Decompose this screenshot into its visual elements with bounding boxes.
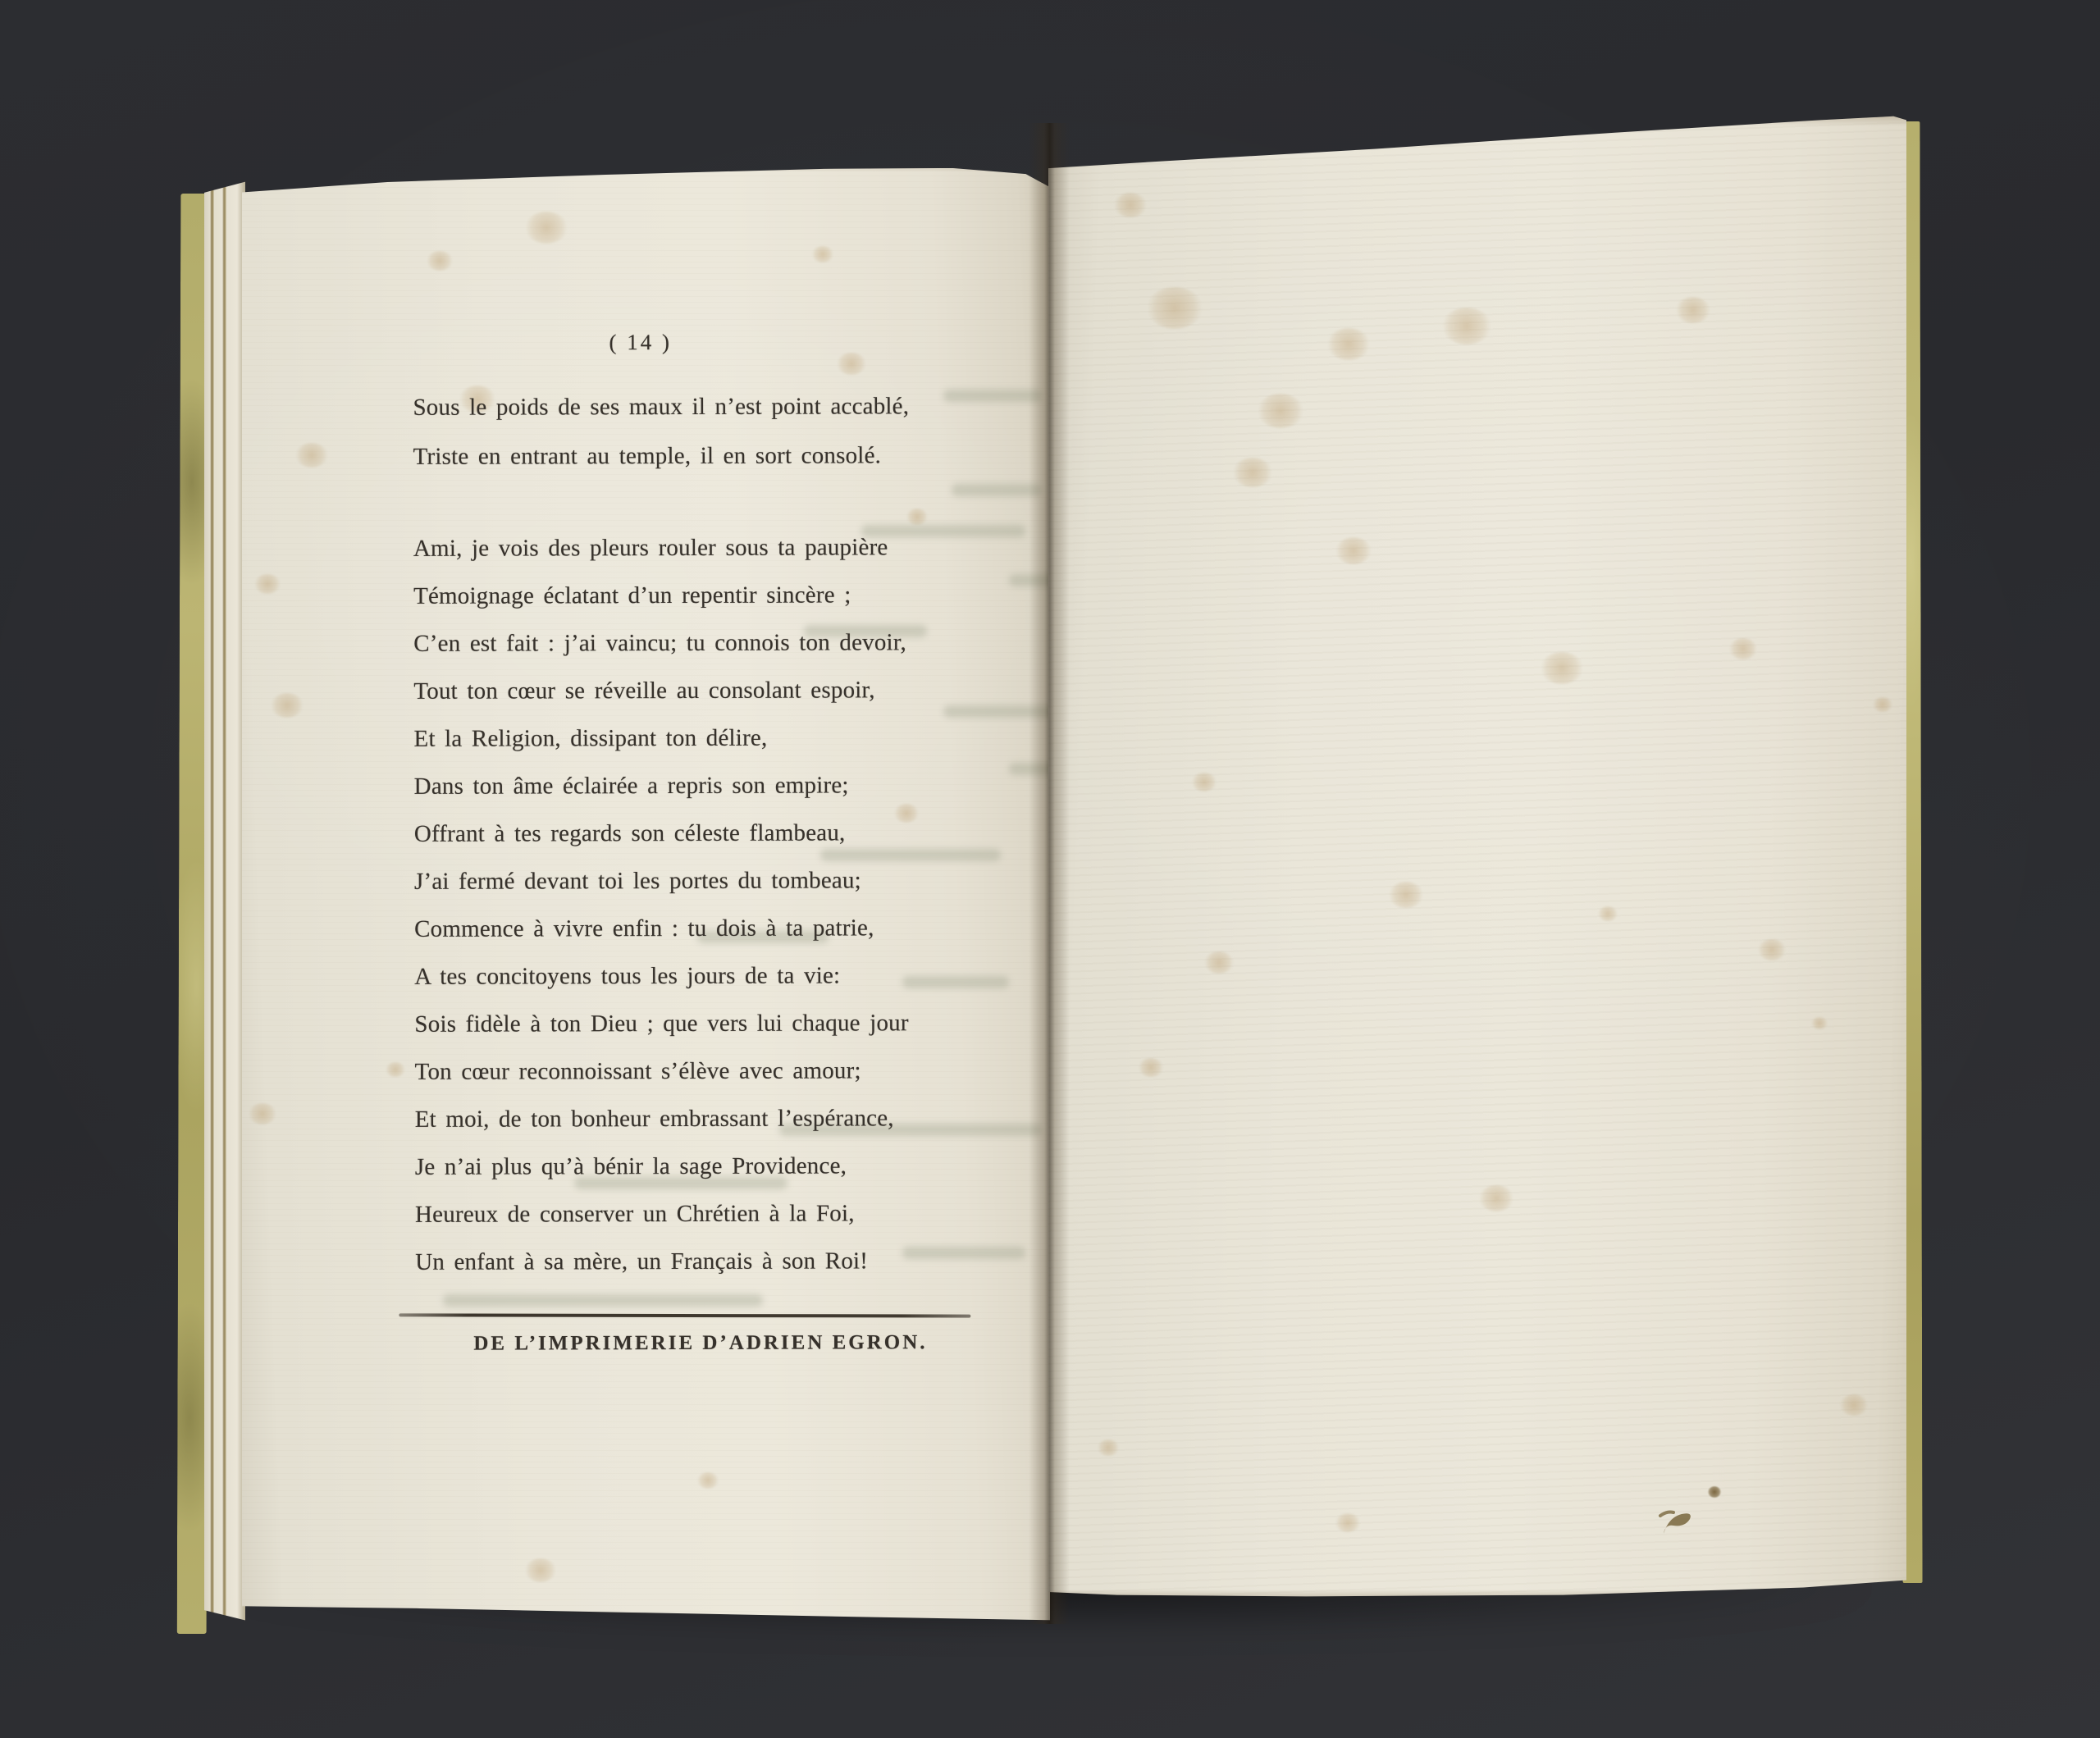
poem-line: Triste en entrant au temple, il en sort … <box>413 431 943 481</box>
poem-line: Dans ton âme éclairée a repris son empir… <box>414 761 943 810</box>
page-number: ( 14 ) <box>376 329 905 356</box>
foxing-spot <box>1676 297 1710 323</box>
foxing-spot <box>1327 328 1370 360</box>
foxing-spot <box>1873 697 1892 712</box>
poem-line: Témoignage éclatant d’un repentir sincèr… <box>413 571 943 620</box>
photograph-background: ( 14 ) Sous le poids de ses maux il n’es… <box>0 0 2100 1738</box>
foxing-spot <box>1708 1486 1721 1498</box>
ink-blot-mark <box>1657 1501 1714 1544</box>
foxing-spot <box>1389 882 1423 908</box>
foxing-spot <box>1098 1439 1119 1456</box>
printed-text-block: ( 14 ) Sous le poids de ses maux il n’es… <box>413 160 946 1630</box>
right-page-blank <box>1048 115 1906 1599</box>
printer-imprint: DE L’IMPRIMERIE D’ADRIEN EGRON. <box>436 1331 965 1356</box>
foxing-spot <box>1147 287 1203 329</box>
poem-line: J’ai fermé devant toi les portes du tomb… <box>414 856 943 905</box>
left-page: ( 14 ) Sous le poids de ses maux il n’es… <box>242 161 1050 1629</box>
poem-line: Offrant à tes regards son céleste flambe… <box>414 809 943 858</box>
page-stack-edge-left <box>204 180 245 1623</box>
foxing-spot <box>295 443 328 468</box>
foxing-spot <box>1233 458 1272 487</box>
foxing-spot <box>249 1103 276 1124</box>
poem-line: Heureux de conserver un Chrétien à la Fo… <box>415 1189 944 1238</box>
foxing-spot <box>1114 193 1147 217</box>
ghost-text-line <box>952 484 1042 496</box>
foxing-spot <box>271 693 304 718</box>
foxing-spot <box>1335 537 1372 564</box>
foxing-spot <box>1758 939 1786 960</box>
foxing-spot <box>386 1062 405 1077</box>
foxing-spot <box>1598 906 1618 921</box>
foxing-spot <box>1335 1513 1360 1532</box>
poem-line: A tes concitoyens tous les jours de ta v… <box>414 951 943 1001</box>
poem-line: Sois fidèle à ton Dieu ; que vers lui ch… <box>414 999 943 1048</box>
foxing-spot <box>1811 1017 1828 1029</box>
poem-line: Je n’ai plus qu’à bénir la sage Providen… <box>415 1142 944 1191</box>
foxing-spot <box>1258 394 1303 428</box>
foxing-spot <box>254 574 281 594</box>
poem-line: Et la Religion, dissipant ton délire, <box>413 714 943 763</box>
poem-line: Un enfant à sa mère, un Français à son R… <box>415 1237 944 1286</box>
ghost-text-line <box>943 390 1042 402</box>
verse-block: Ami, je vois des pleurs rouler sous ta p… <box>413 523 944 1286</box>
poem-line: Et moi, de ton bonheur embrassant l’espé… <box>415 1094 944 1143</box>
poem-line: Ton cœur reconnoissant s’élève avec amou… <box>414 1047 943 1096</box>
foxing-spot <box>1139 1058 1163 1077</box>
foxing-spot <box>1479 1185 1513 1211</box>
poem-line: C’en est fait : j’ai vaincu; tu connois … <box>413 618 943 668</box>
foxing-spot <box>1192 773 1217 791</box>
open-book: ( 14 ) Sous le poids de ses maux il n’es… <box>0 0 2100 1738</box>
poem-line: Sous le poids de ses maux il n’est point… <box>413 381 942 432</box>
opening-couplet: Sous le poids de ses maux il n’est point… <box>413 381 942 481</box>
colophon-rule <box>399 1313 970 1317</box>
foxing-spot <box>1729 638 1757 659</box>
foxing-spot <box>1840 1394 1868 1416</box>
poem-line: Ami, je vois des pleurs rouler sous ta p… <box>413 523 943 572</box>
foxing-spot <box>1541 652 1583 684</box>
foxing-spot <box>1204 951 1234 974</box>
foxing-spot <box>1442 308 1491 344</box>
poem-line: Commence à vivre enfin : tu dois à ta pa… <box>414 904 943 953</box>
poem-line: Tout ton cœur se réveille au consolant e… <box>413 666 943 715</box>
